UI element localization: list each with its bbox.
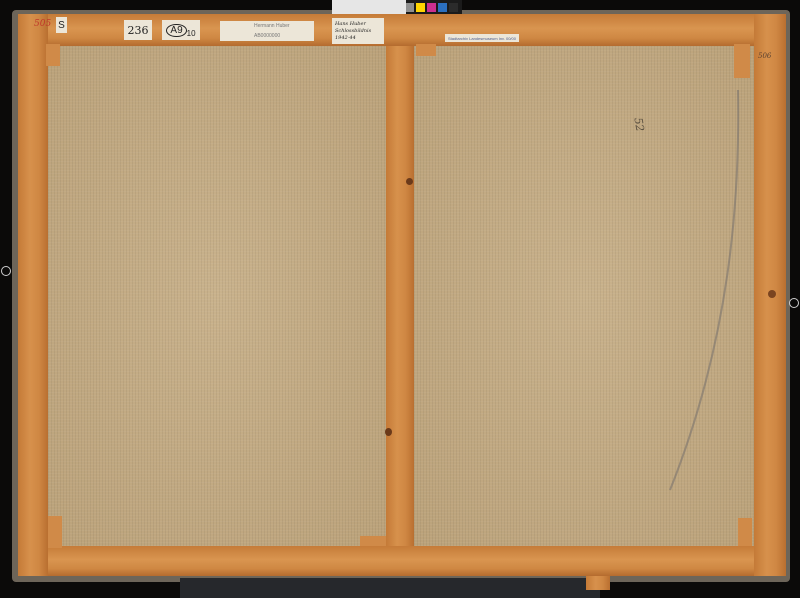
handwritten-line2: Schlossbildnis — [335, 28, 371, 35]
easel-block — [586, 576, 610, 590]
long-archive-label: Stadtarchiv Landesmuseum Inv. 00/00 — [445, 34, 519, 42]
color-checker-card — [332, 0, 462, 14]
right-stretcher-note: 506 — [758, 52, 771, 60]
corner-key — [734, 44, 750, 78]
handwritten-line3: 1942-44 — [335, 35, 356, 42]
color-swatch — [405, 3, 414, 12]
red-ink-number: 505 — [34, 19, 51, 29]
wood-knot — [406, 178, 413, 185]
easel-support — [180, 578, 600, 598]
circled-code: A9 — [166, 24, 186, 37]
crossbar-key — [360, 536, 386, 546]
corner-key — [46, 44, 60, 66]
stretcher-bottom-bar — [18, 546, 786, 576]
circled-code-label: A9 10 — [162, 20, 200, 40]
corner-key — [48, 516, 62, 548]
handwritten-line1: Hans Huber — [335, 21, 366, 28]
color-swatch — [449, 3, 458, 12]
circled-suffix: 10 — [187, 29, 196, 38]
corner-key — [738, 518, 752, 546]
printed-label-title: Hermann Huber — [252, 21, 292, 31]
canvas-panel-left — [48, 46, 386, 546]
stretcher-left-bar — [18, 14, 48, 576]
canvas-pencil-note: 52 — [631, 116, 646, 132]
stretcher-center-crossbar — [386, 46, 414, 546]
printed-inventory-label: Hermann Huber AB0000000 — [220, 21, 314, 41]
color-swatch — [416, 3, 425, 12]
hanging-eyelet-left — [1, 266, 11, 276]
s-sticker: S — [56, 17, 67, 33]
color-swatch — [427, 3, 436, 12]
color-swatch — [438, 3, 447, 12]
crossbar-key — [416, 44, 436, 56]
hanging-eyelet-right — [789, 298, 799, 308]
pencil-arc-mark — [640, 80, 750, 500]
printed-label-line2: AB0000000 — [252, 31, 282, 41]
wood-knot — [385, 428, 392, 436]
wood-knot — [768, 290, 776, 298]
handwritten-label: Hans Huber Schlossbildnis 1942-44 — [332, 18, 384, 44]
inventory-number-label: 236 — [124, 20, 152, 40]
